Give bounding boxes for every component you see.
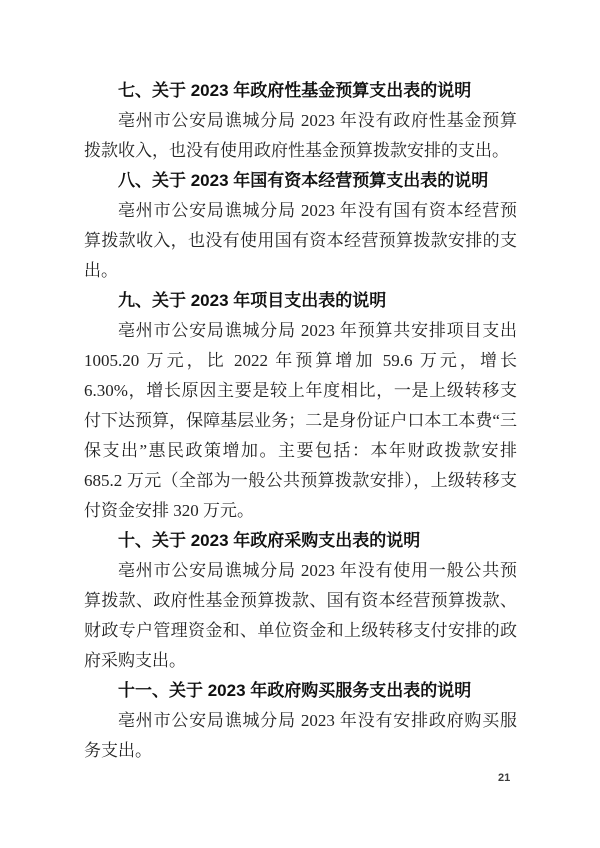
section-paragraph: 亳州市公安局谯城分局 2023 年预算共安排项目支出 1005.20 万元，比 …: [84, 316, 517, 526]
document-section: 八、关于 2023 年国有资本经营预算支出表的说明亳州市公安局谯城分局 2023…: [84, 166, 517, 286]
section-paragraph: 亳州市公安局谯城分局 2023 年没有政府性基金预算拨款收入，也没有使用政府性基…: [84, 106, 517, 166]
document-section: 十一、关于 2023 年政府购买服务支出表的说明亳州市公安局谯城分局 2023 …: [84, 676, 517, 766]
section-heading: 八、关于 2023 年国有资本经营预算支出表的说明: [84, 166, 517, 196]
section-heading: 七、关于 2023 年政府性基金预算支出表的说明: [84, 76, 517, 106]
section-paragraph: 亳州市公安局谯城分局 2023 年没有国有资本经营预算拨款收入，也没有使用国有资…: [84, 196, 517, 286]
document-section: 七、关于 2023 年政府性基金预算支出表的说明亳州市公安局谯城分局 2023 …: [84, 76, 517, 166]
document-page: 七、关于 2023 年政府性基金预算支出表的说明亳州市公安局谯城分局 2023 …: [0, 0, 600, 848]
section-paragraph: 亳州市公安局谯城分局 2023 年没有安排政府购买服务支出。: [84, 706, 517, 766]
section-heading: 九、关于 2023 年项目支出表的说明: [84, 286, 517, 316]
document-section: 九、关于 2023 年项目支出表的说明亳州市公安局谯城分局 2023 年预算共安…: [84, 286, 517, 526]
document-section: 十、关于 2023 年政府采购支出表的说明亳州市公安局谯城分局 2023 年没有…: [84, 526, 517, 676]
section-heading: 十、关于 2023 年政府采购支出表的说明: [84, 526, 517, 556]
section-heading: 十一、关于 2023 年政府购买服务支出表的说明: [84, 676, 517, 706]
document-content: 七、关于 2023 年政府性基金预算支出表的说明亳州市公安局谯城分局 2023 …: [84, 76, 517, 766]
section-paragraph: 亳州市公安局谯城分局 2023 年没有使用一般公共预算拨款、政府性基金预算拨款、…: [84, 556, 517, 676]
page-number: 21: [498, 772, 510, 784]
